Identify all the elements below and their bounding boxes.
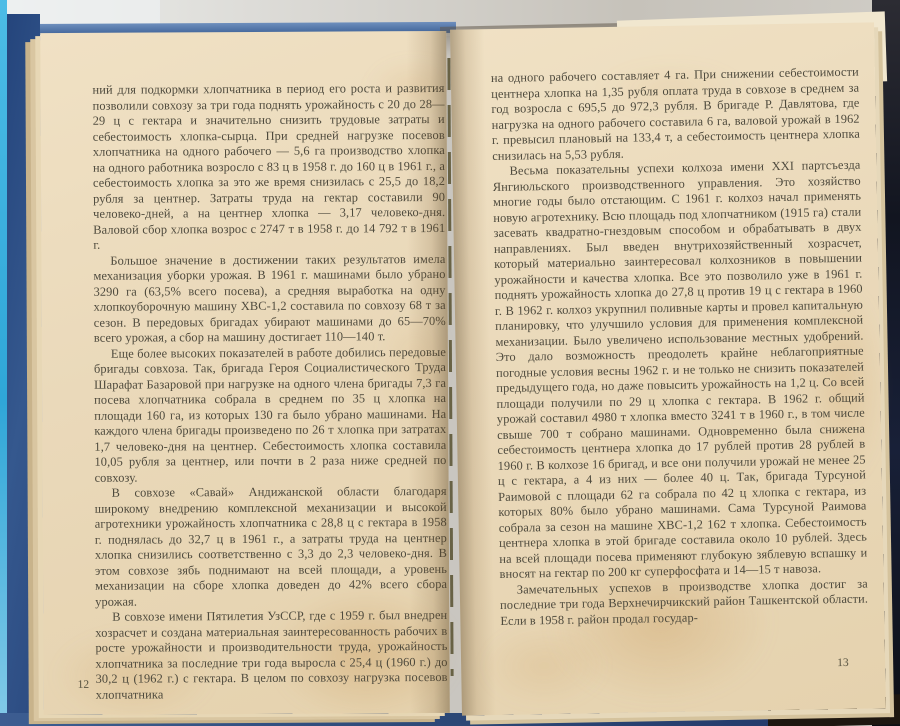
paragraph: Замечательных успехов в производстве хло… [500, 576, 869, 629]
page-number-left: 12 [78, 679, 90, 691]
page-right: на одного рабочего составляет 4 га. При … [450, 22, 886, 715]
book-cover-spine-strip [0, 0, 7, 726]
page-right-text: на одного рабочего составляет 4 га. При … [491, 65, 869, 629]
paragraph: Весьма показательны успехи колхоза имени… [492, 158, 867, 583]
paragraph: на одного рабочего составляет 4 га. При … [491, 65, 861, 164]
paragraph: В совхозе «Савай» Андижанской области бл… [95, 484, 448, 610]
paragraph: Большое значение в достижении таких резу… [93, 251, 445, 346]
paragraph: В совхозе имени Пятилетия УзССР, где с 1… [95, 608, 447, 703]
page-number-right: 13 [837, 657, 849, 669]
page-left: ний для подкормки хлопчатника в период е… [40, 31, 450, 715]
paragraph: Еще более высоких показателей в работе д… [94, 344, 447, 485]
stain-blotch [478, 622, 609, 709]
paragraph: ний для подкормки хлопчатника в период е… [92, 81, 445, 253]
book-scan: ний для подкормки хлопчатника в период е… [0, 0, 900, 726]
page-left-text: ний для подкормки хлопчатника в период е… [92, 81, 447, 703]
book-cover-bottom [0, 713, 815, 726]
